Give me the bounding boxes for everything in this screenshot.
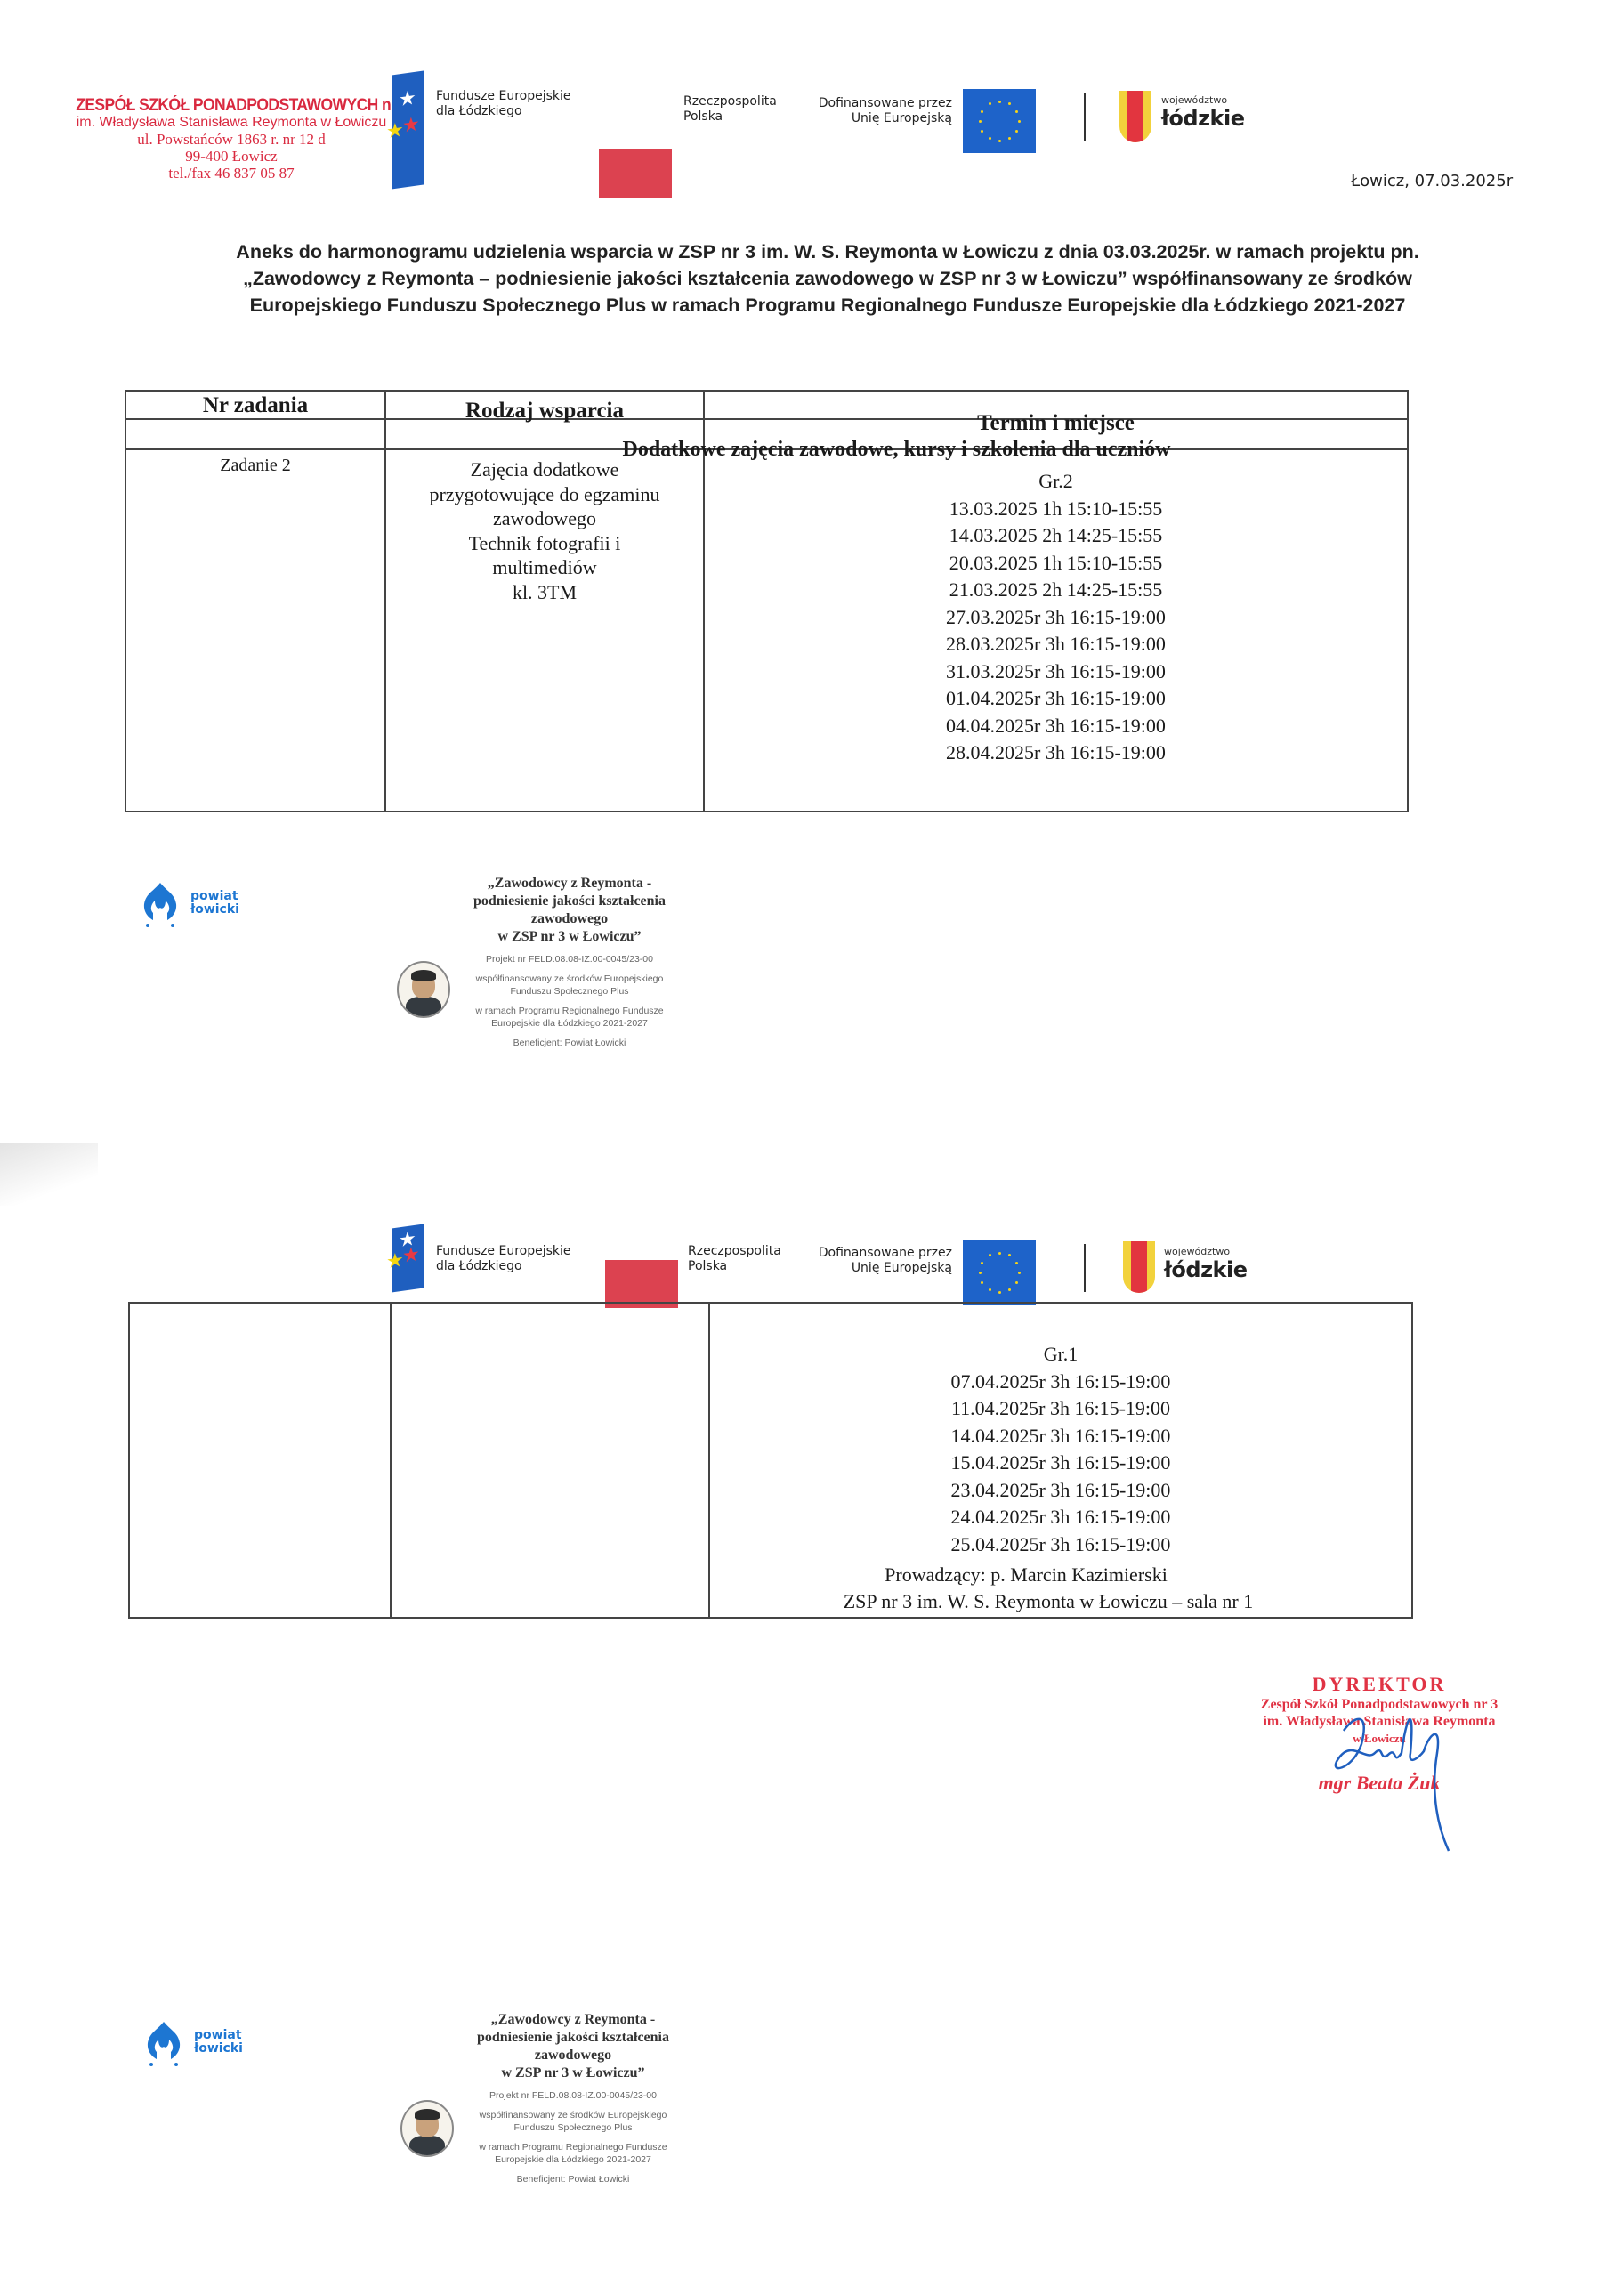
title-line: „Zawodowcy z Reymonta – podniesienie jak… <box>160 265 1495 292</box>
group-label: Gr.1 <box>710 1341 1411 1369</box>
eu-logo-text: Dofinansowane przez Unię Europejską <box>805 96 952 126</box>
project-footer: „Zawodowcy z Reymonta - podniesienie jak… <box>413 2011 733 2185</box>
logo-divider <box>1084 1244 1086 1292</box>
schedule-line: 13.03.2025 1h 15:10-15:55 <box>705 496 1407 523</box>
schedule-line: 14.03.2025 2h 14:25-15:55 <box>705 522 1407 550</box>
school-stamp-city: 99-400 Łowicz <box>62 148 400 165</box>
cofinance-line: współfinansowany ze środków Europejskieg… <box>413 2109 733 2121</box>
project-title-line: zawodowego <box>413 2047 733 2064</box>
support-type-line: przygotowujące do egzaminu <box>386 482 703 507</box>
project-title-line: zawodowego <box>409 910 730 928</box>
location: ZSP nr 3 im. W. S. Reymonta w Łowiczu – … <box>710 1588 1333 1615</box>
logo-divider <box>1084 93 1086 141</box>
instructor-info: Prowadzący: p. Marcin Kazimierski ZSP nr… <box>710 1562 1333 1615</box>
schedule-line: 04.04.2025r 3h 16:15-19:00 <box>705 713 1407 740</box>
beneficiary: Beneficjent: Powiat Łowicki <box>409 1037 730 1049</box>
pl-text-line: Polska <box>688 1259 781 1274</box>
school-stamp: ZESPÓŁ SZKÓŁ PONADPODSTAWOWYCH nr 3 im. … <box>62 96 400 182</box>
project-title-line: w ZSP nr 3 w Łowiczu” <box>409 928 730 946</box>
school-stamp-street: ul. Powstańców 1863 r. nr 12 d <box>62 131 400 148</box>
poland-flag-icon <box>605 1260 678 1308</box>
lodzkie-logo-text: województwo łódzkie <box>1161 94 1245 131</box>
powiat-line: łowicki <box>190 903 239 917</box>
project-title-line: podniesienie jakości kształcenia <box>413 2029 733 2047</box>
schedule-line: 07.04.2025r 3h 16:15-19:00 <box>710 1369 1411 1396</box>
powiat-line: łowicki <box>194 2042 243 2056</box>
schedule-line: 31.03.2025r 3h 16:15-19:00 <box>705 658 1407 686</box>
page-fold-shadow <box>0 1143 98 1206</box>
program-line: Europejskie dla Łódzkiego 2021-2027 <box>409 1017 730 1030</box>
task-cell: Zadanie 2 <box>126 452 384 480</box>
eu-flag-icon <box>963 89 1036 153</box>
schedule-line: 20.03.2025 1h 15:10-15:55 <box>705 550 1407 578</box>
group1-schedule: Gr.1 07.04.2025r 3h 16:15-19:0011.04.202… <box>710 1341 1411 1558</box>
fe-logo-text: Fundusze Europejskie dla Łódzkiego <box>436 89 571 119</box>
support-type-cell: Zajęcia dodatkoweprzygotowujące do egzam… <box>386 457 703 604</box>
fe-text-line: dla Łódzkiego <box>436 1259 571 1274</box>
schedule-line: 27.03.2025r 3h 16:15-19:00 <box>705 604 1407 632</box>
eu-text-line: Unię Europejską <box>805 111 952 126</box>
header-date-place: Termin i miejsce <box>705 411 1407 436</box>
group2-schedule: Gr.2 13.03.2025 1h 15:10-15:5514.03.2025… <box>705 468 1407 767</box>
fe-logo-icon: ★ ★ ★ <box>392 1224 424 1292</box>
powiat-lowicki-logo-icon <box>144 2020 183 2066</box>
project-title-line: w ZSP nr 3 w Łowiczu” <box>413 2064 733 2082</box>
support-type-line: kl. 3TM <box>386 580 703 605</box>
powiat-lowicki-text: powiat łowicki <box>190 890 239 917</box>
poland-flag-icon <box>599 149 672 198</box>
schedule-line: 28.04.2025r 3h 16:15-19:00 <box>705 739 1407 767</box>
schedule-line: 11.04.2025r 3h 16:15-19:00 <box>710 1395 1411 1423</box>
fe-text-line: Fundusze Europejskie <box>436 1244 571 1259</box>
project-footer: „Zawodowcy z Reymonta - podniesienie jak… <box>409 875 730 1049</box>
region-small: województwo <box>1161 94 1245 106</box>
fe-text-line: Fundusze Europejskie <box>436 89 571 104</box>
project-title-line: „Zawodowcy z Reymonta - <box>413 2011 733 2029</box>
pl-text-line: Rzeczpospolita <box>688 1244 781 1259</box>
region-small: województwo <box>1164 1246 1248 1257</box>
fe-logo-text: Fundusze Europejskie dla Łódzkiego <box>436 1244 571 1274</box>
title-line: Europejskiego Funduszu Społecznego Plus … <box>160 292 1495 319</box>
schedule-table-continued: Gr.1 07.04.2025r 3h 16:15-19:0011.04.202… <box>128 1302 1413 1619</box>
lodzkie-crest-icon <box>1123 1241 1155 1293</box>
cofinance-line: Funduszu Społecznego Plus <box>413 2121 733 2134</box>
fe-text-line: dla Łódzkiego <box>436 104 571 119</box>
pl-logo-text: Rzeczpospolita Polska <box>688 1244 781 1274</box>
schedule-line: 28.03.2025r 3h 16:15-19:00 <box>705 631 1407 658</box>
region-big: łódzkie <box>1164 1257 1248 1282</box>
schedule-table: Nr zadania Rodzaj wsparcia Termin i miej… <box>125 390 1409 812</box>
schedule-line: 01.04.2025r 3h 16:15-19:00 <box>705 685 1407 713</box>
signature-icon <box>1317 1682 1495 1860</box>
beneficiary: Beneficjent: Powiat Łowicki <box>413 2173 733 2185</box>
eu-text-line: Unię Europejską <box>805 1261 952 1276</box>
title-line: Aneks do harmonogramu udzielenia wsparci… <box>160 238 1495 265</box>
schedule-line: 15.04.2025r 3h 16:15-19:00 <box>710 1450 1411 1477</box>
cofinance-line: współfinansowany ze środków Europejskieg… <box>409 973 730 985</box>
schedule-line: 25.04.2025r 3h 16:15-19:00 <box>710 1531 1411 1559</box>
cofinance-line: Funduszu Społecznego Plus <box>409 985 730 998</box>
header-support-type: Rodzaj wsparcia <box>386 399 703 424</box>
schedule-line: 21.03.2025 2h 14:25-15:55 <box>705 577 1407 604</box>
program-line: w ramach Programu Regionalnego Fundusze <box>413 2141 733 2153</box>
eu-text-line: Dofinansowane przez <box>805 96 952 111</box>
project-number: Projekt nr FELD.08.08-IZ.00-0045/23-00 <box>413 2089 733 2102</box>
project-title-line: podniesienie jakości kształcenia <box>409 893 730 910</box>
group-label: Gr.2 <box>705 468 1407 496</box>
project-title-line: „Zawodowcy z Reymonta - <box>409 875 730 893</box>
fe-logo-icon: ★ ★ ★ <box>392 70 424 189</box>
lodzkie-crest-icon <box>1119 91 1151 142</box>
project-number: Projekt nr FELD.08.08-IZ.00-0045/23-00 <box>409 953 730 965</box>
region-big: łódzkie <box>1161 106 1245 131</box>
eu-logo-text: Dofinansowane przez Unię Europejską <box>805 1246 952 1276</box>
school-stamp-name: ZESPÓŁ SZKÓŁ PONADPODSTAWOWYCH nr 3 <box>76 96 387 115</box>
powiat-lowicki-logo-icon <box>141 881 180 927</box>
school-stamp-phone: tel./fax 46 837 05 87 <box>62 165 400 182</box>
powiat-line: powiat <box>194 2029 243 2042</box>
program-line: Europejskie dla Łódzkiego 2021-2027 <box>413 2153 733 2166</box>
schedule-line: 14.04.2025r 3h 16:15-19:00 <box>710 1423 1411 1450</box>
support-type-line: Technik fotografii i <box>386 531 703 556</box>
powiat-lowicki-text: powiat łowicki <box>194 2029 243 2056</box>
powiat-line: powiat <box>190 890 239 903</box>
eu-text-line: Dofinansowane przez <box>805 1246 952 1261</box>
pl-text-line: Rzeczpospolita <box>683 94 777 109</box>
lodzkie-logo-text: województwo łódzkie <box>1164 1246 1248 1282</box>
schedule-line: 24.04.2025r 3h 16:15-19:00 <box>710 1504 1411 1531</box>
header-task-number: Nr zadania <box>126 393 384 418</box>
support-type-line: Zajęcia dodatkowe <box>386 457 703 482</box>
pl-text-line: Polska <box>683 109 777 125</box>
date-place: Łowicz, 07.03.2025r <box>1351 172 1513 190</box>
program-line: w ramach Programu Regionalnego Fundusze <box>409 1005 730 1017</box>
school-stamp-patron: im. Władysława Stanisława Reymonta w Łow… <box>62 115 400 131</box>
eu-flag-icon <box>963 1240 1036 1305</box>
instructor: Prowadzący: p. Marcin Kazimierski <box>710 1562 1333 1588</box>
support-type-line: multimediów <box>386 555 703 580</box>
schedule-line: 23.04.2025r 3h 16:15-19:00 <box>710 1477 1411 1505</box>
document-title: Aneks do harmonogramu udzielenia wsparci… <box>160 238 1495 319</box>
support-type-line: zawodowego <box>386 506 703 531</box>
pl-logo-text: Rzeczpospolita Polska <box>683 94 777 125</box>
